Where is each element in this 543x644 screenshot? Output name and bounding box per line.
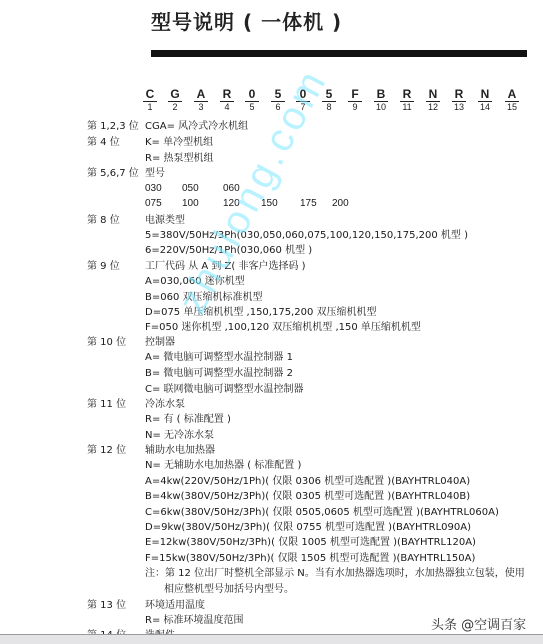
code-char-8: 58 bbox=[322, 88, 336, 112]
position-label: 第 13 位 bbox=[87, 600, 126, 612]
spec-text: K= 单冷型机组 bbox=[145, 137, 213, 149]
spec-text: R= 热泵型机组 bbox=[145, 153, 214, 165]
spec-text: CGA= 风冷式冷水机组 bbox=[145, 121, 248, 133]
code-char-11: R11 bbox=[400, 88, 414, 112]
spec-text: 型号 bbox=[145, 168, 165, 180]
code-char-12: N12 bbox=[426, 88, 440, 112]
code-char-4: R4 bbox=[220, 88, 234, 112]
code-char-15: A15 bbox=[505, 88, 519, 112]
code-char-13: R13 bbox=[452, 88, 466, 112]
page-footer-bar bbox=[0, 634, 543, 644]
code-char-14: N14 bbox=[478, 88, 492, 112]
code-char-10: B10 bbox=[374, 88, 388, 112]
spec-text: 电源类型 bbox=[145, 215, 185, 227]
code-char-7: 07 bbox=[296, 88, 310, 112]
document-page: 型号说明 ( 一体机 ) C1 G2 A3 R4 05 56 07 58 F9 … bbox=[0, 0, 543, 644]
code-char-2: G2 bbox=[168, 88, 182, 112]
code-char-5: 05 bbox=[245, 88, 259, 112]
spec-text: 环境适用温度 bbox=[145, 600, 205, 612]
source-attribution: 头条 @空调百家 bbox=[431, 614, 526, 633]
position-label: 第 10 位 bbox=[87, 337, 126, 349]
spec-text: 控制器 bbox=[145, 337, 175, 349]
position-label: 第 9 位 bbox=[87, 261, 120, 273]
position-label: 第 5,6,7 位 bbox=[87, 168, 139, 180]
code-char-1: C1 bbox=[143, 88, 157, 112]
spec-text: 冷冻水泵 bbox=[145, 399, 185, 411]
code-char-9: F9 bbox=[348, 88, 362, 112]
spec-text: 辅助水电加热器 bbox=[145, 445, 215, 457]
code-char-3: A3 bbox=[194, 88, 208, 112]
code-char-6: 56 bbox=[271, 88, 285, 112]
model-code-row: C1 G2 A3 R4 05 56 07 58 F9 B10 R11 N12 R… bbox=[143, 88, 533, 114]
spec-text: 工厂代码 从 A 到 Z( 非客户选择码 ) bbox=[145, 261, 306, 273]
page-title: 型号说明 ( 一体机 ) bbox=[151, 6, 342, 35]
position-label: 第 12 位 bbox=[87, 445, 126, 457]
position-label: 第 1,2,3 位 bbox=[87, 121, 139, 133]
position-label: 第 8 位 bbox=[87, 215, 120, 227]
position-label: 第 11 位 bbox=[87, 399, 126, 411]
title-divider bbox=[151, 50, 527, 57]
position-label: 第 4 位 bbox=[87, 137, 120, 149]
